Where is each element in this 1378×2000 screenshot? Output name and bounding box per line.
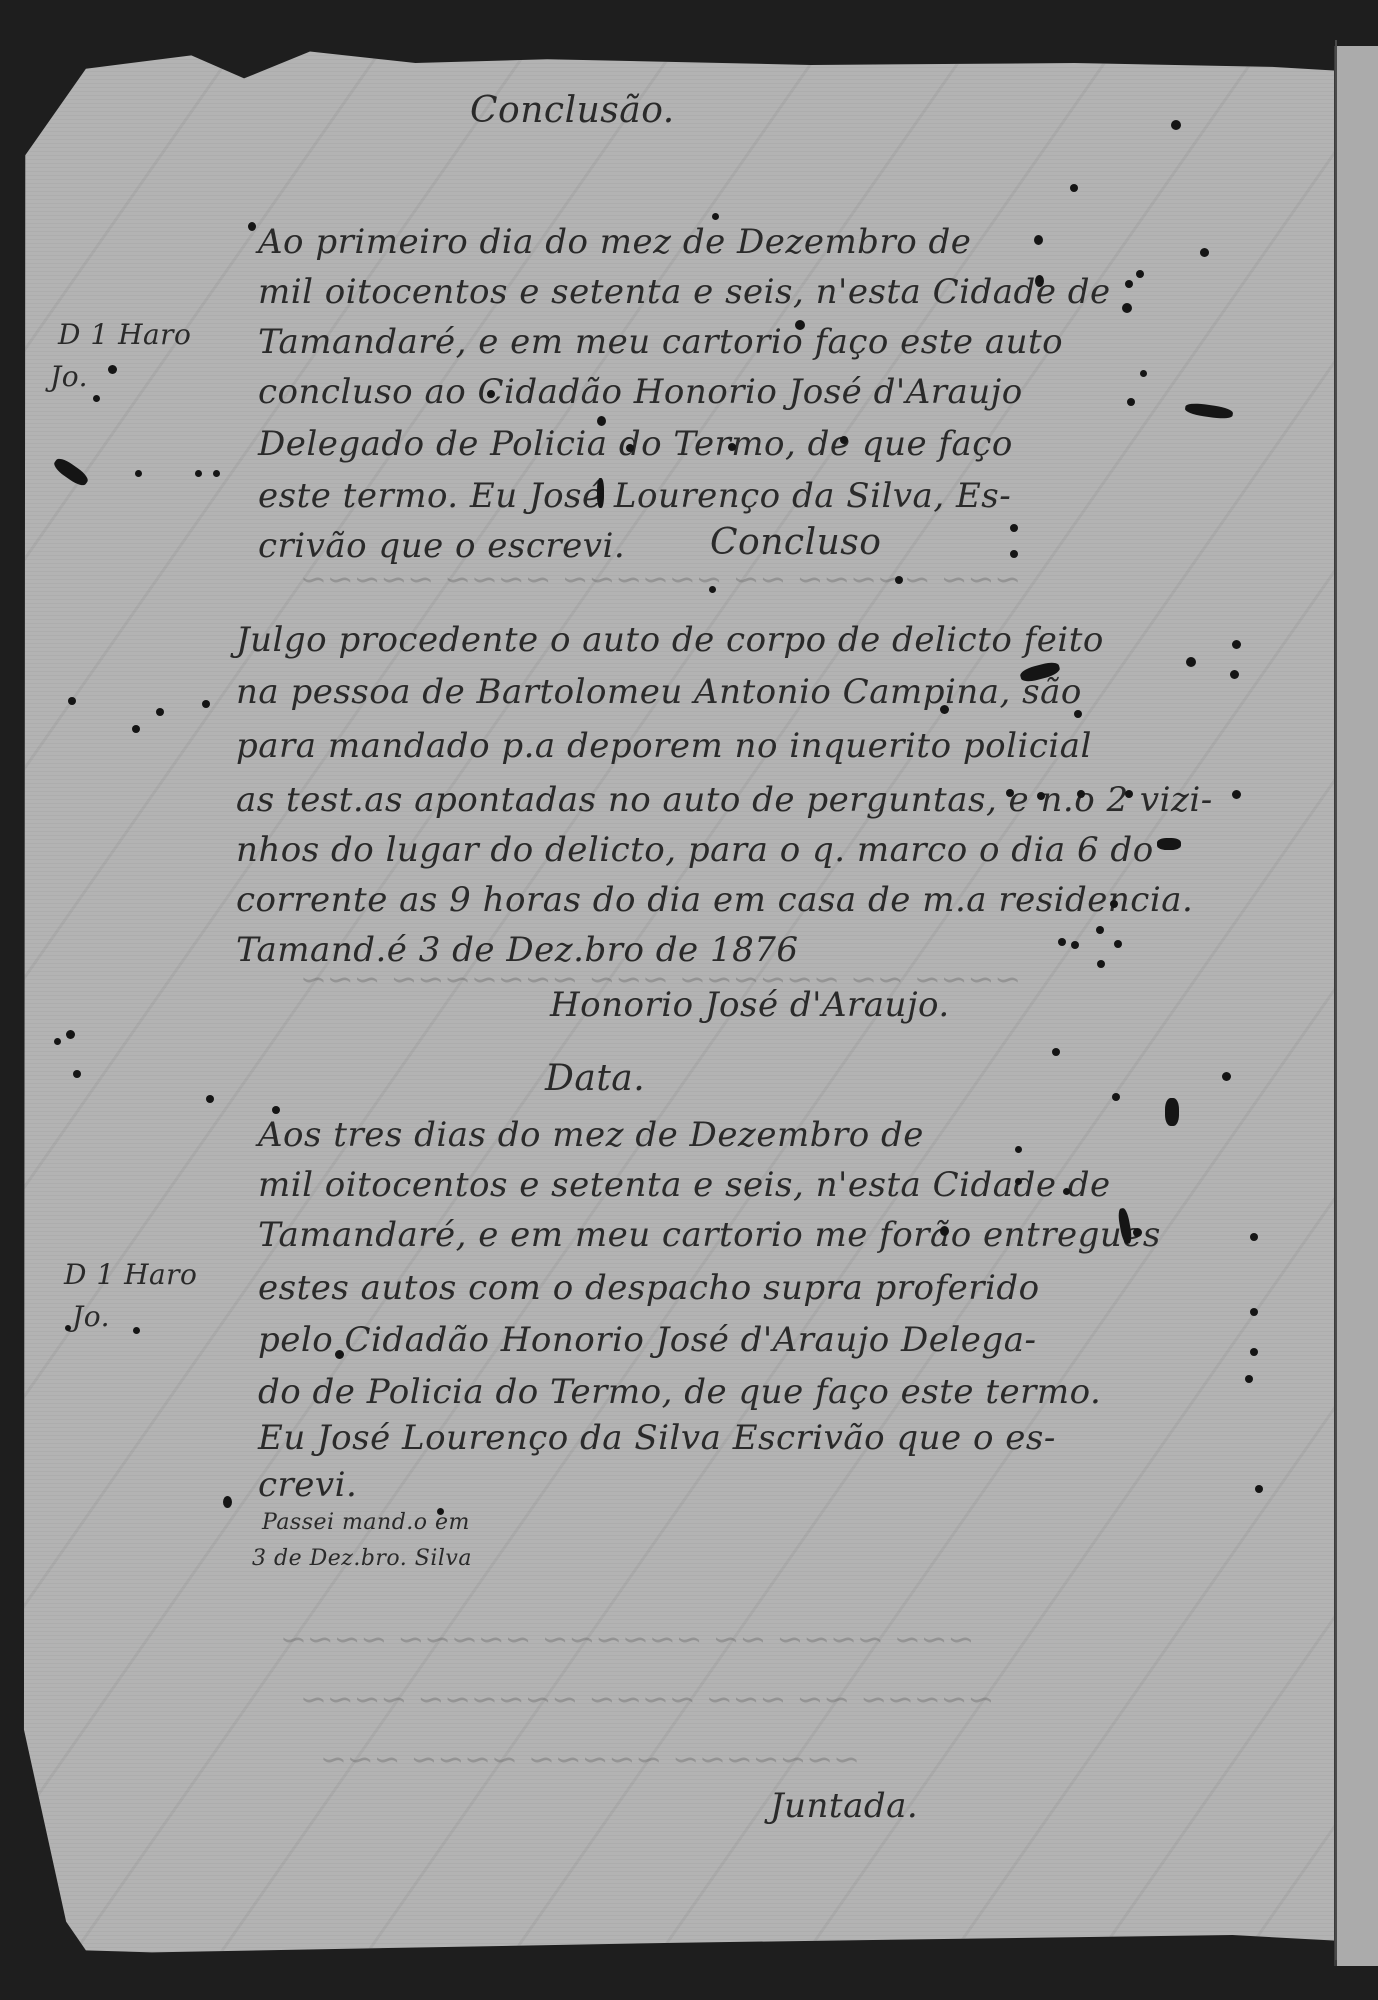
ink-spot bbox=[1171, 120, 1181, 130]
margin-note: D 1 Haro bbox=[64, 1258, 197, 1291]
ink-spot bbox=[437, 1508, 444, 1515]
ink-spot bbox=[1232, 640, 1241, 649]
ink-spot bbox=[940, 705, 949, 714]
juntada-label: Juntada. bbox=[770, 1786, 918, 1826]
despacho-line: as test.as apontadas no auto de pergunta… bbox=[236, 780, 1213, 820]
ink-spot bbox=[1037, 792, 1045, 800]
conclusao-line: crivão que o escrevi. bbox=[258, 526, 625, 566]
ink-spot bbox=[1232, 790, 1241, 799]
margin-note: Jo. bbox=[72, 1300, 110, 1333]
conclusao-line: concluso ao Cidadão Honorio José d'Arauj… bbox=[258, 372, 1023, 412]
data-line: Eu José Lourenço da Silva Escrivão que o… bbox=[258, 1418, 1056, 1458]
ink-spot bbox=[895, 576, 903, 584]
ink-spot bbox=[1245, 1375, 1253, 1383]
ink-spot bbox=[1112, 1093, 1120, 1101]
ink-spot bbox=[1122, 303, 1132, 313]
data-line: Tamandaré, e em meu cartorio me forão en… bbox=[258, 1215, 1161, 1255]
ink-spot bbox=[840, 436, 848, 444]
ink-spot bbox=[248, 222, 256, 231]
ink-spot bbox=[133, 1327, 140, 1334]
ink-spot bbox=[1255, 1485, 1263, 1493]
ink-spot bbox=[712, 213, 719, 220]
data-line: crevi. bbox=[258, 1465, 357, 1505]
ink-spot bbox=[728, 443, 736, 451]
ink-spot bbox=[1250, 1348, 1258, 1356]
bleed-through-text: ~~~~~~~ ~~~~~ ~~~~ ~~~ bbox=[320, 1740, 860, 1778]
ink-spot bbox=[202, 700, 210, 708]
ink-spot bbox=[795, 320, 805, 330]
ink-spot bbox=[1034, 235, 1043, 245]
ink-spot bbox=[195, 470, 202, 477]
ink-blot bbox=[597, 478, 604, 508]
ink-spot bbox=[1222, 1072, 1231, 1081]
ink-spot bbox=[156, 708, 164, 716]
ink-spot bbox=[335, 1350, 344, 1359]
bleed-through-text: ~~~~~ ~~ ~~~ ~~~~ ~~~~~~ ~~~~ bbox=[300, 1680, 994, 1718]
ink-spot bbox=[54, 1038, 61, 1045]
ink-spot bbox=[206, 1095, 214, 1103]
ink-spot bbox=[1074, 710, 1082, 718]
ink-spot bbox=[1250, 1233, 1258, 1241]
margin-note: D 1 Haro bbox=[58, 318, 191, 351]
despacho-line: na pessoa de Bartolomeu Antonio Campina,… bbox=[236, 672, 1082, 712]
conclusao-line: mil oitocentos e setenta e seis, n'esta … bbox=[258, 272, 1111, 312]
ink-spot bbox=[1006, 789, 1014, 797]
ink-spot bbox=[73, 1070, 81, 1078]
ink-spot bbox=[1250, 1308, 1258, 1316]
data-heading: Data. bbox=[545, 1058, 645, 1099]
concluso-label: Concluso bbox=[710, 522, 881, 563]
ink-spot bbox=[1114, 940, 1122, 948]
adjacent-page-edge bbox=[1334, 46, 1378, 1966]
bleed-through-text: ~~~ ~~~~ ~~ ~~~~~~ ~~~~~ ~~~~ bbox=[280, 1620, 974, 1658]
ink-spot bbox=[1096, 926, 1104, 934]
ink-spot bbox=[1010, 524, 1018, 532]
ink-spot bbox=[597, 416, 606, 426]
ink-spot bbox=[1110, 900, 1118, 908]
ink-spot bbox=[1058, 938, 1066, 946]
ink-spot bbox=[709, 586, 716, 593]
ink-spot bbox=[1125, 790, 1133, 798]
ink-spot bbox=[940, 1226, 949, 1236]
ink-spot bbox=[223, 1496, 232, 1508]
data-line: pelo Cidadão Honorio José d'Araujo Deleg… bbox=[258, 1320, 1036, 1360]
despacho-line: para mandado p.a deporem no inquerito po… bbox=[236, 726, 1092, 766]
ink-blot bbox=[1165, 1098, 1179, 1126]
ink-spot bbox=[626, 444, 634, 452]
conclusao-heading: Conclusão. bbox=[470, 90, 675, 131]
ink-spot bbox=[1136, 270, 1144, 278]
ink-spot bbox=[1200, 248, 1209, 257]
data-line: do de Policia do Termo, de que faço este… bbox=[258, 1372, 1101, 1412]
ink-spot bbox=[1077, 790, 1085, 798]
ink-spot bbox=[1035, 275, 1044, 287]
ink-spot bbox=[1070, 184, 1078, 192]
despacho-line: Tamand.é 3 de Dez.bro de 1876 bbox=[236, 930, 798, 970]
conclusao-line: Delegado de Policia do Termo, de que faç… bbox=[258, 424, 1013, 464]
conclusao-line: Ao primeiro dia do mez de Dezembro de bbox=[258, 222, 971, 262]
ink-spot bbox=[1230, 670, 1239, 679]
ink-spot bbox=[1140, 370, 1147, 377]
ink-spot bbox=[108, 365, 117, 374]
ink-spot bbox=[1186, 657, 1196, 667]
ink-spot bbox=[66, 1030, 75, 1039]
ink-spot bbox=[93, 395, 100, 402]
ink-spot bbox=[487, 390, 495, 398]
ink-spot bbox=[272, 1106, 280, 1114]
data-line: estes autos com o despacho supra proferi… bbox=[258, 1268, 1040, 1308]
ink-spot bbox=[1071, 941, 1079, 949]
ink-spot bbox=[1063, 1188, 1070, 1195]
despacho-signature: Honorio José d'Araujo. bbox=[550, 985, 950, 1025]
despacho-line: corrente as 9 horas do dia em casa de m.… bbox=[236, 880, 1193, 920]
page-fold-line bbox=[1335, 40, 1337, 1960]
passei-note-line: 3 de Dez.bro. Silva bbox=[252, 1546, 472, 1571]
ink-blot bbox=[1157, 838, 1181, 850]
ink-spot bbox=[1052, 1048, 1060, 1056]
conclusao-line: Tamandaré, e em meu cartorio faço este a… bbox=[258, 322, 1063, 362]
ink-spot bbox=[1015, 1178, 1022, 1185]
ink-spot bbox=[135, 470, 142, 477]
margin-note: Jo. bbox=[50, 360, 88, 393]
ink-spot bbox=[68, 697, 76, 705]
ink-spot bbox=[132, 725, 140, 733]
data-line: Aos tres dias do mez de Dezembro de bbox=[258, 1115, 924, 1155]
ink-spot bbox=[1133, 1228, 1142, 1237]
despacho-line: nhos do lugar do delicto, para o q. marc… bbox=[236, 830, 1154, 870]
data-line: mil oitocentos e setenta e seis, n'esta … bbox=[258, 1165, 1111, 1205]
ink-spot bbox=[1010, 550, 1018, 558]
ink-spot bbox=[1127, 398, 1135, 406]
ink-spot bbox=[1125, 280, 1133, 288]
ink-spot bbox=[1015, 1146, 1022, 1153]
ink-spot bbox=[65, 1325, 71, 1331]
ink-spot bbox=[213, 470, 220, 477]
ink-spot bbox=[1097, 960, 1105, 968]
despacho-line: Julgo procedente o auto de corpo de deli… bbox=[236, 620, 1104, 660]
conclusao-line: este termo. Eu José Lourenço da Silva, E… bbox=[258, 476, 1011, 516]
